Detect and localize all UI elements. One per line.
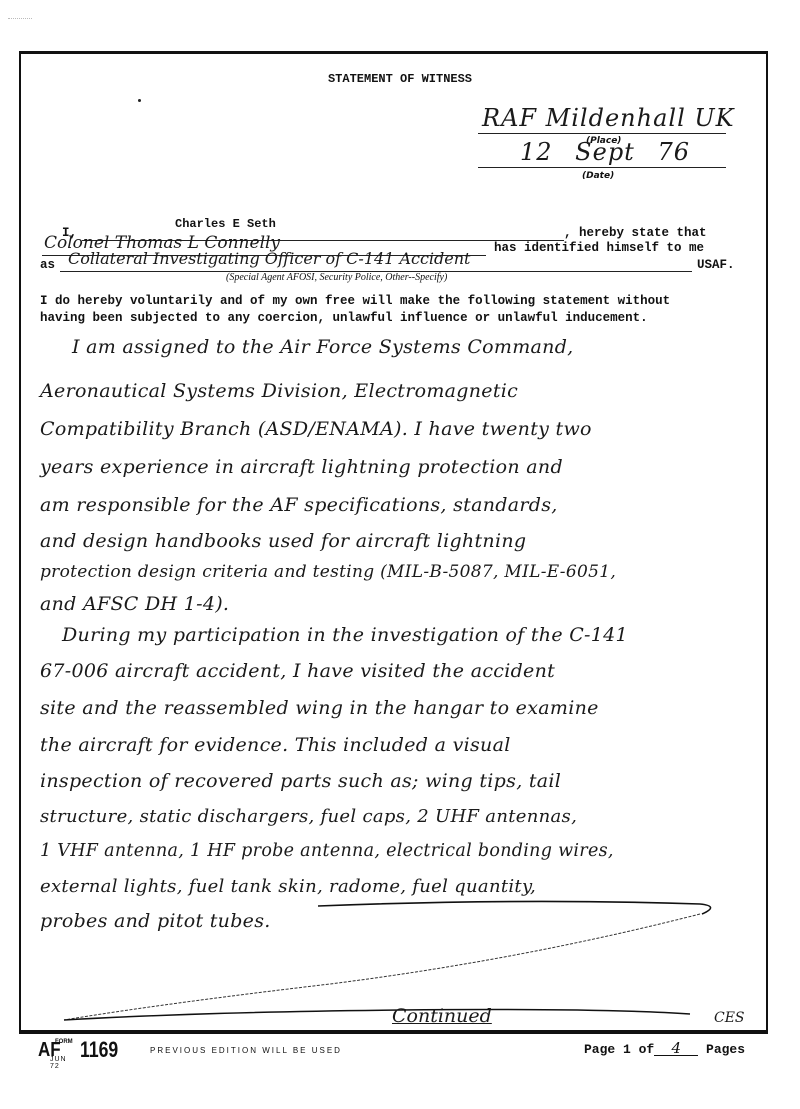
page-total[interactable]: 4	[654, 1041, 698, 1056]
page-suffix: Pages	[706, 1042, 745, 1057]
form-identifier: AF FORM JUN 72 1169 PREVIOUS EDITION WIL…	[38, 1039, 65, 1062]
form-word: FORM	[55, 1039, 73, 1045]
void-strike-lines	[0, 0, 800, 1109]
form-date: JUN 72	[50, 1056, 67, 1070]
form-number: 1169	[80, 1037, 118, 1063]
witness-initials: CES	[714, 1010, 745, 1026]
page-indicator: Page 1 of4 Pages	[584, 1041, 745, 1057]
continued-note: Continued	[392, 1005, 492, 1027]
page-prefix: Page 1 of	[584, 1042, 654, 1057]
edition-note: PREVIOUS EDITION WILL BE USED	[150, 1046, 342, 1055]
